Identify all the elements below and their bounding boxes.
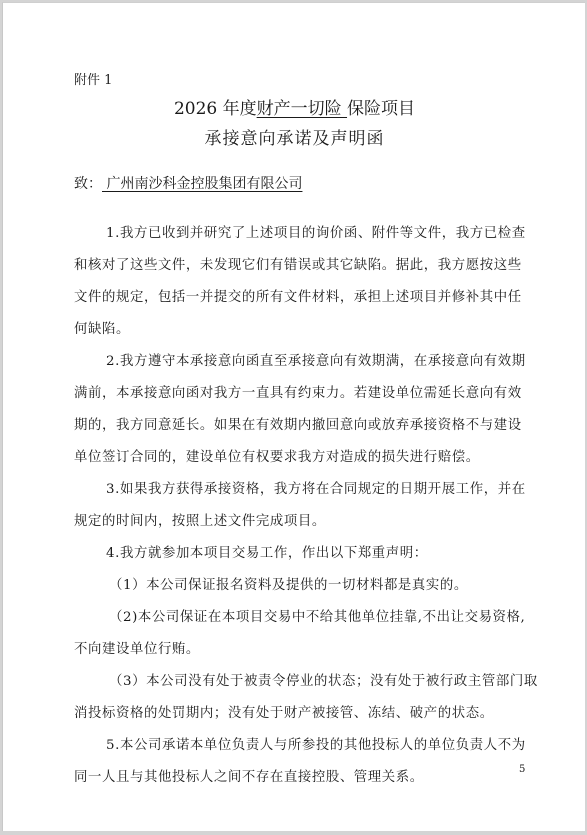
paragraph-line: 满前，本承接意向函对我方一直具有约束力。若建设单位需延长意向有效 bbox=[74, 382, 522, 401]
paragraph-line: 4.我方就参加本项目交易工作，作出以下郑重声明： bbox=[106, 542, 428, 561]
attachment-label: 附件 1 bbox=[74, 69, 112, 88]
addressee: 致： 广州南沙科金控股集团有限公司 bbox=[74, 173, 302, 193]
paragraph-line: 单位签订合同的，建设单位有权要求我方对造成的损失进行赔偿。 bbox=[74, 446, 480, 465]
paragraph-line: 3.如果我方获得承接资格，我方将在合同规定的日期开展工作，并在 bbox=[106, 478, 526, 497]
paragraph-line: 不向建设单位行贿。 bbox=[74, 638, 200, 657]
paragraph-line: 何缺陷。 bbox=[74, 318, 130, 337]
title-insurance-type: 财产一切险 bbox=[257, 99, 347, 119]
addressee-label: 致： bbox=[74, 176, 102, 192]
paragraph-line: （1）本公司保证报名资料及提供的一切材料都是真实的。 bbox=[109, 574, 468, 593]
paragraph-line: 消投标资格的处罚期内；没有处于财产被接管、冻结、破产的状态。 bbox=[74, 702, 494, 721]
paragraph-line: 文件的规定，包括一并提交的所有文件材料，承担上述项目并修补其中任 bbox=[74, 286, 522, 305]
page-number: 5 bbox=[519, 764, 525, 775]
document-subtitle: 承接意向承诺及声明函 bbox=[3, 124, 586, 149]
paragraph-line: 规定的时间内，按照上述文件完成项目。 bbox=[74, 510, 326, 529]
title-prefix: 2026 年度 bbox=[174, 99, 257, 119]
paragraph-line: 5.本公司承诺本单位负责人与所参投的其他投标人的单位负责人不为 bbox=[106, 734, 526, 753]
addressee-name: 广州南沙科金控股集团有限公司 bbox=[102, 176, 302, 192]
paragraph-line: 1.我方已收到并研究了上述项目的询价函、附件等文件，我方已检查 bbox=[106, 222, 526, 241]
document-page: 附件 1 2026 年度财产一切险 保险项目 承接意向承诺及声明函 致： 广州南… bbox=[2, 2, 585, 831]
paragraph-line: 和核对了这些文件，未发现它们有错误或其它缺陷。据此，我方愿按这些 bbox=[74, 254, 522, 273]
title-suffix: 保险项目 bbox=[347, 99, 415, 119]
paragraph-line: （3）本公司没有处于被责令停业的状态；没有处于被行政主管部门取 bbox=[109, 670, 538, 689]
paragraph-line: （2)本公司保证在本项目交易中不给其他单位挂靠,不出让交易资格, bbox=[109, 606, 525, 625]
paragraph-line: 期的，我方同意延长。如果在有效期内撤回意向或放弃承接资格不与建设 bbox=[74, 414, 522, 433]
paragraph-line: 同一人且与其他投标人之间不存在直接控股、管理关系。 bbox=[74, 766, 424, 785]
paragraph-line: 2.我方遵守本承接意向函直至承接意向有效期满，在承接意向有效期 bbox=[106, 350, 526, 369]
document-title: 2026 年度财产一切险 保险项目 bbox=[3, 94, 586, 119]
